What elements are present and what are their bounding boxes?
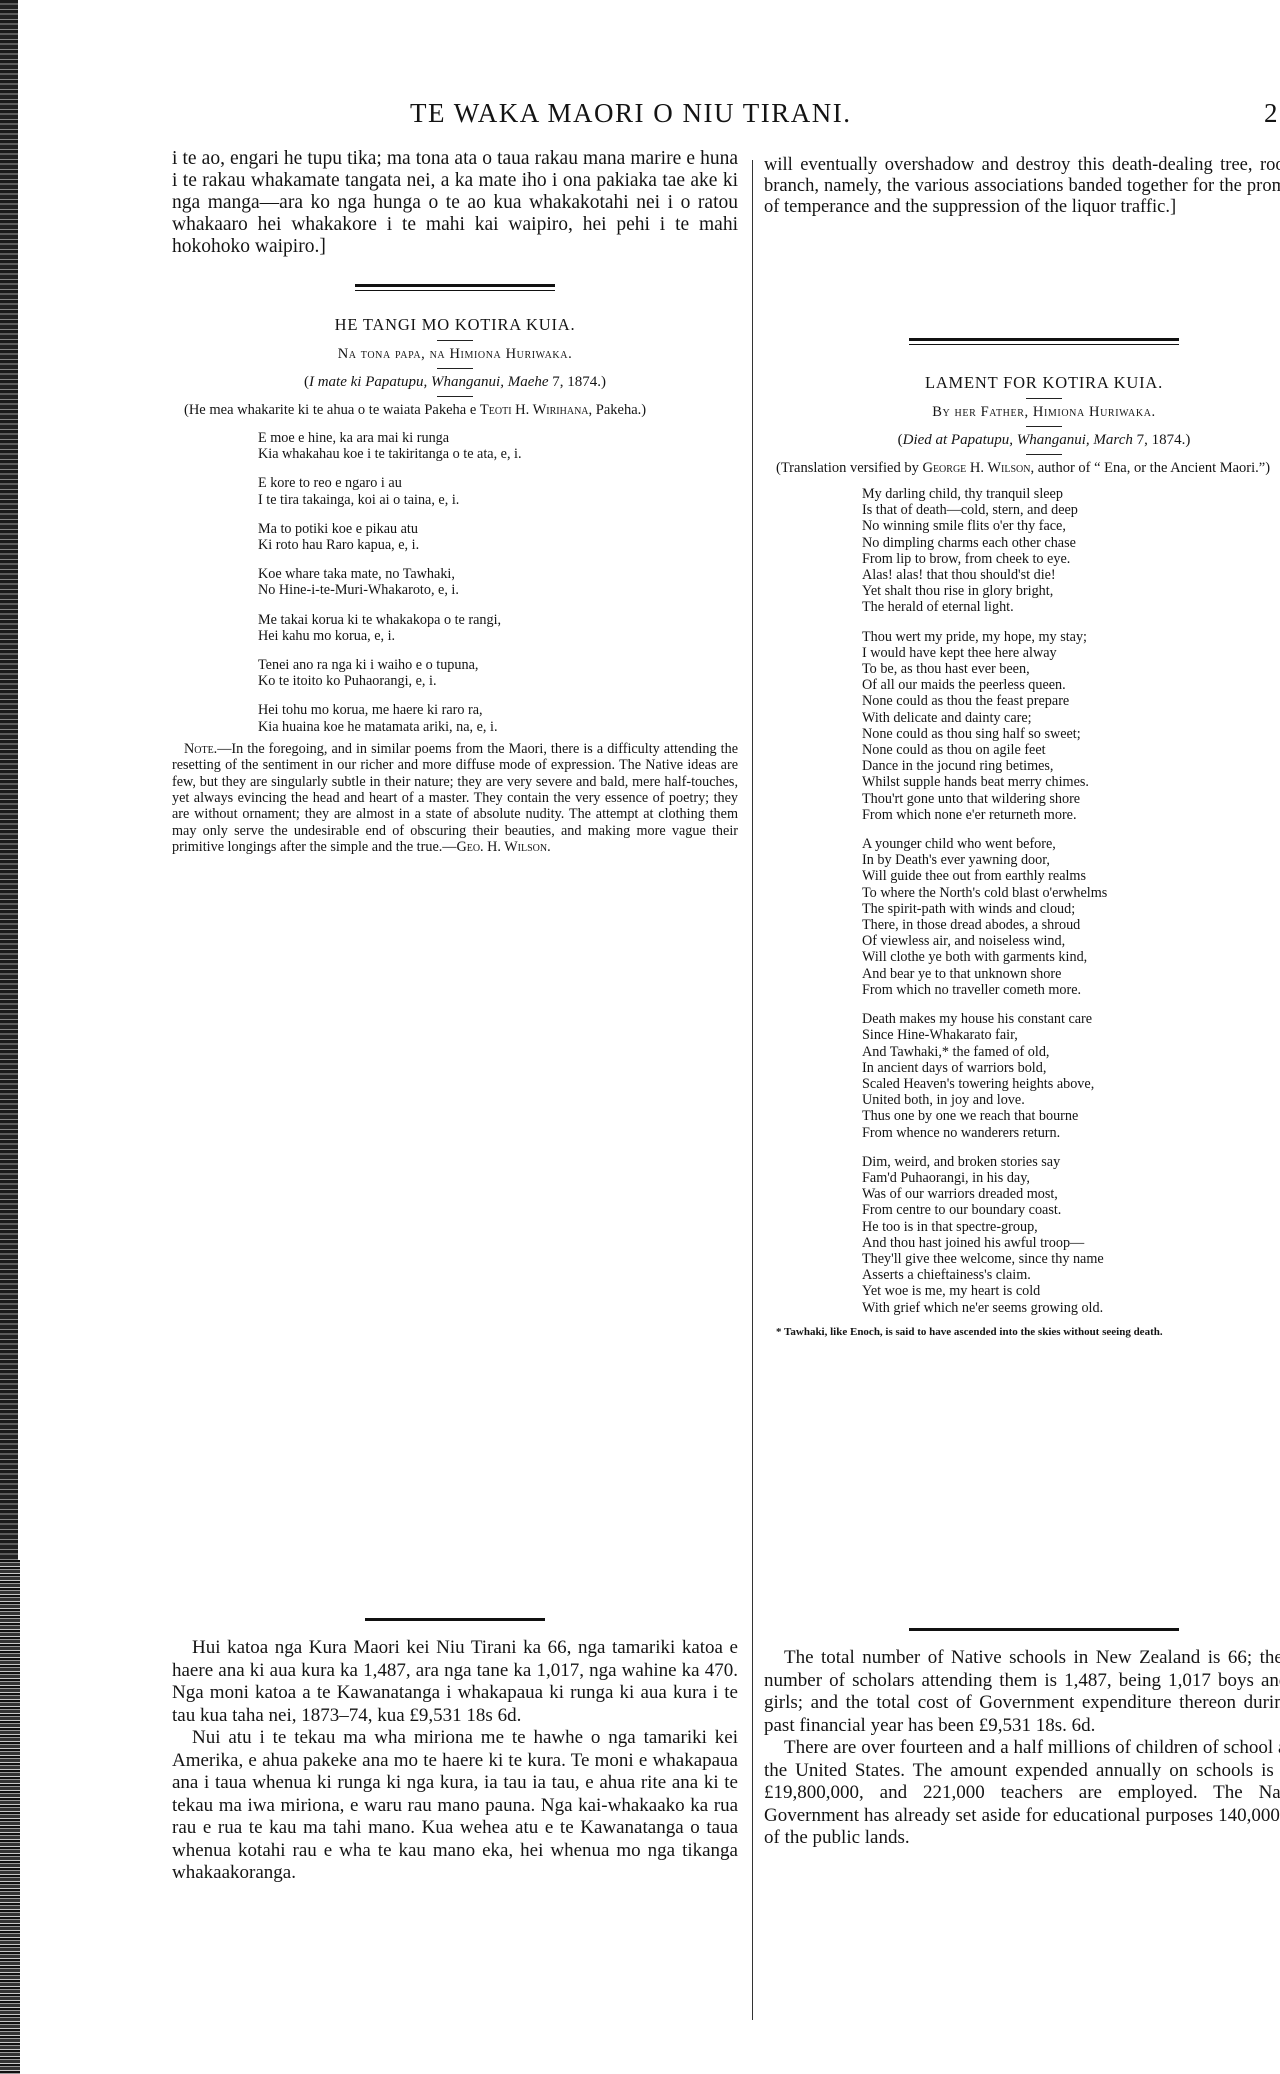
stanza: Tenei ano ra nga ki i waiho e o tupuna,K… — [258, 657, 738, 689]
page-title: TE WAKA MAORI O NIU TIRANI. — [410, 98, 970, 129]
stanza: My darling child, thy tranquil sleepIs t… — [862, 486, 1280, 616]
scan-binding-edge-lower — [0, 1560, 20, 2074]
schools-paragraph-maori: Hui katoa nga Kura Maori kei Niu Tirani … — [172, 1637, 738, 1727]
poem-body-english: My darling child, thy tranquil sleepIs t… — [764, 486, 1280, 1316]
stanza: E moe e hine, ka ara mai ki rungaKia wha… — [258, 430, 738, 462]
short-rule — [437, 340, 473, 341]
section-divider — [355, 284, 555, 291]
stanza: Dim, weird, and broken stories sayFam'd … — [862, 1154, 1280, 1316]
schools-paragraph-maori: Nui atu i te tekau ma wha miriona me te … — [172, 1727, 738, 1885]
section-divider — [909, 338, 1179, 345]
page-number: 2 — [1264, 98, 1278, 129]
short-rule — [1026, 454, 1062, 455]
footnote: * Tawhaki, like Enoch, is said to have a… — [764, 1326, 1280, 1339]
poem-byline-maori: Na tona papa, na Himiona Huriwaka. — [172, 346, 738, 363]
poem-title-maori: HE TANGI MO KOTIRA KUIA. — [172, 315, 738, 335]
stanza: Koe whare taka mate, no Tawhaki,No Hine-… — [258, 566, 738, 598]
poem-credit-maori: (He mea whakarite ki te ahua o te waiata… — [172, 402, 738, 418]
short-rule — [1026, 426, 1062, 427]
left-schools-section: Hui katoa nga Kura Maori kei Niu Tirani … — [172, 1618, 738, 1885]
stanza: Death makes my house his constant careSi… — [862, 1011, 1280, 1141]
schools-paragraph-english: There are over fourteen and a half milli… — [764, 1737, 1280, 1850]
poem-title-english: LAMENT FOR KOTIRA KUIA. — [764, 373, 1280, 393]
short-rule — [437, 368, 473, 369]
translator-note: Note.—In the foregoing, and in similar p… — [172, 741, 738, 856]
schools-paragraph-english: The total number of Native schools in Ne… — [764, 1647, 1280, 1737]
continuation-paragraph-maori: i te ao, engari he tupu tika; ma tona at… — [172, 148, 738, 258]
left-column: i te ao, engari he tupu tika; ma tona at… — [172, 148, 738, 856]
stanza: E kore to reo e ngaro i auI te tira taka… — [258, 475, 738, 507]
continuation-paragraph-english: will eventually overshadow and destroy t… — [764, 155, 1280, 218]
short-rule — [1026, 398, 1062, 399]
poem-dateline-maori: (I mate ki Papatupu, Whanganui, Maehe 7,… — [172, 374, 738, 391]
stanza: Ma to potiki koe e pikau atuKi roto hau … — [258, 521, 738, 553]
stanza: Me takai korua ki te whakakopa o te rang… — [258, 612, 738, 644]
poem-dateline-english: (Died at Papatupu, Whanganui, March 7, 1… — [764, 432, 1280, 449]
poem-credit-english: (Translation versified by George H. Wils… — [764, 460, 1280, 476]
right-schools-section: The total number of Native schools in Ne… — [764, 1628, 1280, 1850]
stanza: Hei tohu mo korua, me haere ki raro ra,K… — [258, 702, 738, 734]
stanza: A younger child who went before,In by De… — [862, 836, 1280, 998]
poem-byline-english: By her Father, Himiona Huriwaka. — [764, 404, 1280, 421]
poem-body-maori: E moe e hine, ka ara mai ki rungaKia wha… — [172, 430, 738, 735]
right-column: will eventually overshadow and destroy t… — [764, 155, 1280, 1339]
column-divider — [752, 160, 753, 2020]
stanza: Thou wert my pride, my hope, my stay;I w… — [862, 629, 1280, 823]
short-rule — [437, 396, 473, 397]
